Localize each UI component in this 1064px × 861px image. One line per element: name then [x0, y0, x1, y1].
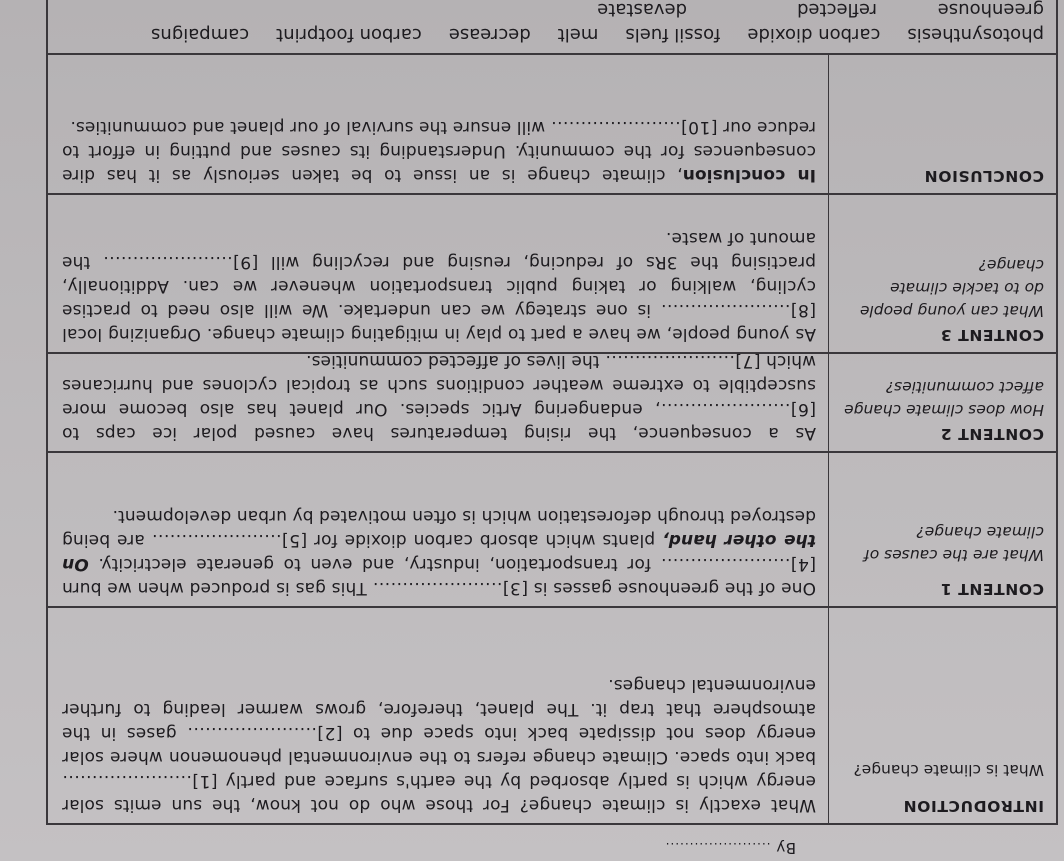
row-conclusion: CONCLUSION In conclusion, climate change…: [48, 55, 1056, 195]
row-content-1: CONTENT 1 What are the causes of climate…: [48, 453, 1056, 608]
section-title: CONTENT 3: [837, 326, 1044, 344]
row-content-3: CONTENT 3 What can young people do to ta…: [48, 195, 1056, 354]
word-bank-word: melt: [558, 22, 599, 47]
label-cell-content-2: CONTENT 2 How does climate change affect…: [828, 354, 1056, 451]
word-bank-word: fossil fuels: [625, 22, 720, 47]
word-bank-word: carbon footprint: [276, 22, 422, 47]
fill-in-blank[interactable]: [7]......................: [605, 351, 760, 371]
paragraph-text: In conclusion: [683, 165, 816, 185]
fill-in-blank[interactable]: [3]......................: [372, 578, 527, 598]
fill-in-blank[interactable]: [8]......................: [661, 300, 816, 320]
label-cell-content-1: CONTENT 1 What are the causes of climate…: [828, 453, 1056, 606]
word-bank-word: reflected: [737, 0, 877, 22]
row-introduction: INTRODUCTION What is climate change? Wha…: [48, 608, 1056, 825]
word-bank: photosynthesiscarbon dioxidefossil fuels…: [48, 0, 1056, 55]
worksheet-page: By ...................... INTRODUCTION W…: [0, 0, 1064, 861]
fill-in-blank[interactable]: [2]......................: [187, 723, 342, 743]
essay-outline-table: INTRODUCTION What is climate change? Wha…: [46, 0, 1058, 825]
section-title: INTRODUCTION: [837, 797, 1044, 815]
paragraph-text: will ensure the survival of our planet a…: [70, 117, 550, 137]
paragraph-text: One of the greenhouse gasses is: [528, 578, 816, 598]
paragraph-text: for transportation, industry, and even t…: [89, 554, 661, 574]
word-bank-word: carbon dioxide: [747, 22, 880, 47]
author-blank[interactable]: ......................: [665, 840, 771, 854]
fill-in-blank[interactable]: [4]......................: [661, 554, 816, 574]
label-cell-conclusion: CONCLUSION: [828, 55, 1056, 193]
section-text: As a consequence, the rising temperature…: [48, 354, 828, 451]
row-content-2: CONTENT 2 How does climate change affect…: [48, 354, 1056, 453]
word-bank-line-1: photosynthesiscarbon dioxidefossil fuels…: [62, 22, 1044, 47]
section-question: What is climate change?: [837, 758, 1044, 781]
section-question: What can young people do to tackle clima…: [837, 253, 1044, 322]
word-bank-line-2: greenhousereflecteddevastate: [62, 0, 1044, 22]
word-bank-word: photosynthesis: [907, 22, 1044, 47]
fill-in-blank[interactable]: [10]......................: [551, 117, 718, 137]
word-bank-word: greenhouse: [904, 0, 1044, 22]
paragraph-text: As a consequence, the rising temperature…: [62, 423, 816, 443]
section-question: How does climate change affect communiti…: [837, 375, 1044, 421]
section-text: In conclusion, climate change is an issu…: [48, 55, 828, 193]
section-text: As young people, we have a part to play …: [48, 195, 828, 352]
word-bank-word: devastate: [597, 0, 687, 22]
paragraph-text: the lives of affected communities.: [306, 351, 605, 371]
label-cell-introduction: INTRODUCTION What is climate change?: [828, 608, 1056, 823]
section-title: CONTENT 2: [837, 425, 1044, 443]
by-label: By: [776, 839, 796, 857]
section-title: CONCLUSION: [837, 167, 1044, 185]
fill-in-blank[interactable]: [9]......................: [103, 252, 258, 272]
fill-in-blank[interactable]: [6]......................: [661, 399, 816, 419]
section-text: What exactly is climate change? For thos…: [48, 608, 828, 823]
fill-in-blank[interactable]: [1]......................: [62, 771, 217, 791]
word-bank-list: photosynthesiscarbon dioxidefossil fuels…: [48, 0, 1056, 53]
label-cell-content-3: CONTENT 3 What can young people do to ta…: [828, 195, 1056, 352]
paragraph-text: plants which absorb carbon dioxide for: [307, 530, 662, 550]
paragraph-text: As young people, we have a part to play …: [62, 324, 816, 344]
word-bank-word: campaigns: [151, 22, 249, 47]
section-text: One of the greenhouse gasses is [3].....…: [48, 453, 828, 606]
word-bank-word: decrease: [449, 22, 531, 47]
section-question: What are the causes of climate change?: [837, 520, 1044, 566]
section-title: CONTENT 1: [837, 580, 1044, 598]
fill-in-blank[interactable]: [5]......................: [152, 530, 307, 550]
author-line: By ......................: [665, 839, 796, 857]
paragraph-text: This gas is produced when we burn: [62, 578, 372, 598]
